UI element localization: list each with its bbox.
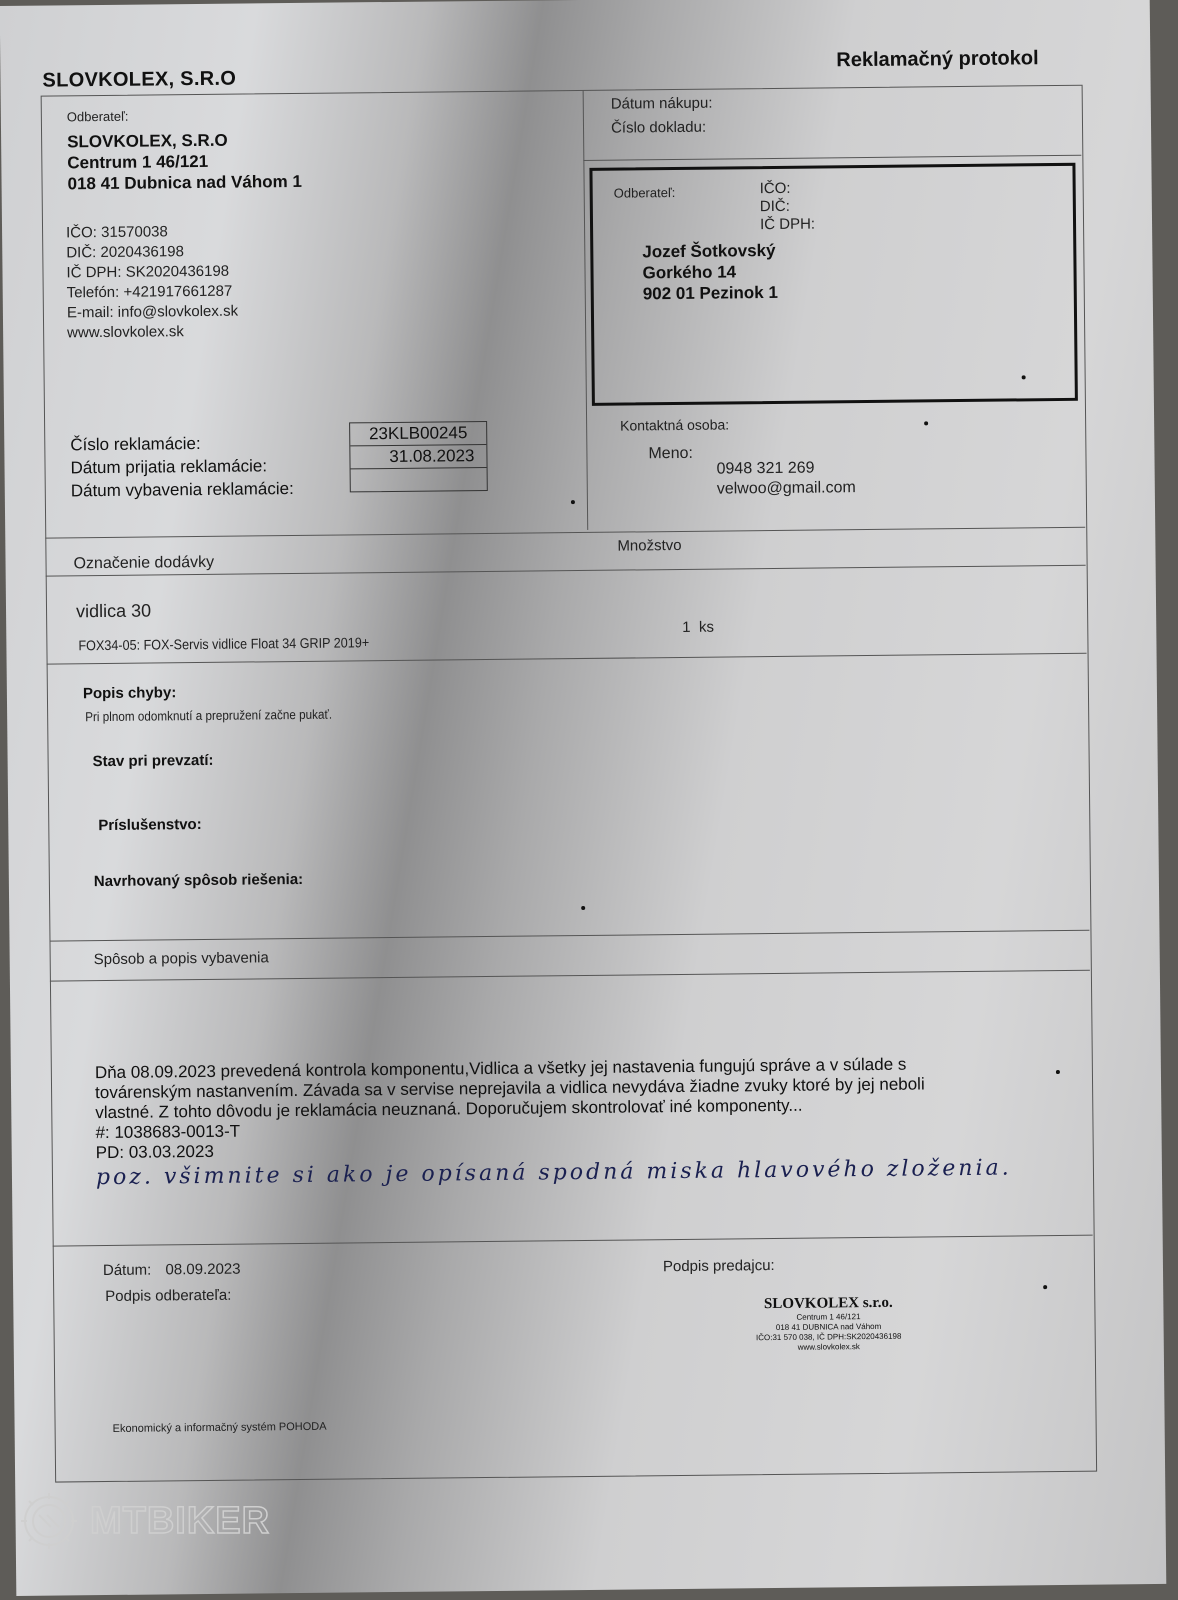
supplier-dic: DIČ: 2020436198 <box>66 242 237 264</box>
contact-name-label: Meno: <box>648 444 693 464</box>
claim-received-label: Dátum prijatia reklamácie: <box>70 454 293 479</box>
supplier-icdph: IČ DPH: SK2020436198 <box>66 262 237 284</box>
contact-phone: 0948 321 269 <box>716 458 855 479</box>
supplier-web: www.slovkolex.sk <box>67 322 238 344</box>
contact-label: Kontaktná osoba: <box>620 416 729 433</box>
claim-number: 23KLB00245 <box>350 422 486 446</box>
ink-speck <box>571 500 575 504</box>
item-name: vidlica 30 <box>76 601 151 623</box>
condition-label: Stav pri prevzatí: <box>93 752 214 770</box>
purchase-date-label: Dátum nákupu: <box>611 94 713 115</box>
proposed-solution-label: Navrhovaný spôsob riešenia: <box>94 871 303 890</box>
resolution-text: Dňa 08.09.2023 prevedená kontrola kompon… <box>95 1054 926 1163</box>
supplier-label: Odberateľ: <box>67 109 129 125</box>
claim-resolved-label: Dátum vybavenia reklamácie: <box>71 477 294 502</box>
company-stamp: SLOVKOLEX s.r.o. Centrum 1 46/121 018 41… <box>743 1295 914 1354</box>
customer-icdph-label: IČ DPH: <box>760 216 815 235</box>
gear-logo-icon <box>18 1490 80 1552</box>
stamp-line-4: www.slovkolex.sk <box>744 1342 914 1354</box>
ink-speck <box>1056 1070 1060 1074</box>
supplier-street: Centrum 1 46/121 <box>67 150 302 173</box>
footer-date: 08.09.2023 <box>165 1261 240 1279</box>
claim-values-table: 23KLB00245 31.08.2023 <box>349 421 488 492</box>
mtbiker-watermark: MTBIKER <box>18 1490 270 1552</box>
customer-dic-label: DIČ: <box>760 198 815 217</box>
footer-date-label: Dátum: <box>103 1262 152 1280</box>
customer-name: Jozef Šotkovský <box>642 240 777 262</box>
supplier-phone: Telefón: +421917661287 <box>67 282 238 304</box>
item-description: FOX34-05: FOX-Servis vidlice Float 34 GR… <box>78 634 369 653</box>
software-footer: Ekonomický a informačný systém POHODA <box>113 1421 327 1435</box>
watermark-text: MTBIKER <box>90 1500 270 1543</box>
header-company: SLOVKOLEX, S.R.O <box>42 68 236 93</box>
defect-text: Pri plnom odomknutí a prepružení začne p… <box>85 707 332 725</box>
customer-signature-label: Podpis odberateľa: <box>105 1286 231 1307</box>
contact-email: velwoo@gmail.com <box>717 478 856 499</box>
delivery-header: Označenie dodávky <box>73 554 214 573</box>
claim-resolved-date <box>351 468 487 491</box>
item-quantity: 1 ks <box>682 619 714 636</box>
supplier-name: SLOVKOLEX, S.R.O <box>67 129 302 152</box>
supplier-email: E-mail: info@slovkolex.sk <box>67 302 238 324</box>
ink-speck <box>924 421 928 425</box>
ink-speck <box>1043 1285 1047 1289</box>
claim-protocol-document: SLOVKOLEX, S.R.O Reklamačný protokol Odb… <box>0 0 1166 1596</box>
supplier-city: 018 41 Dubnica nad Váhom 1 <box>67 171 302 194</box>
claim-number-label: Číslo reklamácie: <box>70 431 293 456</box>
supplier-ico: IČO: 31570038 <box>66 222 237 244</box>
accessories-label: Príslušenstvo: <box>98 816 202 834</box>
stamp-name: SLOVKOLEX s.r.o. <box>743 1295 913 1314</box>
defect-title: Popis chyby: <box>83 684 177 702</box>
document-title: Reklamačný protokol <box>836 47 1039 72</box>
document-number-label: Číslo dokladu: <box>611 118 713 139</box>
quantity-header: Množstvo <box>617 537 681 555</box>
customer-ico-label: IČO: <box>760 180 815 199</box>
ink-speck <box>581 906 585 910</box>
customer-label: Odberateľ: <box>614 185 676 201</box>
resolution-title: Spôsob a popis vybavenia <box>94 949 269 968</box>
ink-speck <box>1022 375 1026 379</box>
claim-received-date: 31.08.2023 <box>350 445 486 469</box>
seller-signature-label: Podpis predajcu: <box>663 1256 775 1277</box>
customer-city: 902 01 Pezinok 1 <box>643 282 778 304</box>
customer-street: Gorkého 14 <box>642 261 777 283</box>
